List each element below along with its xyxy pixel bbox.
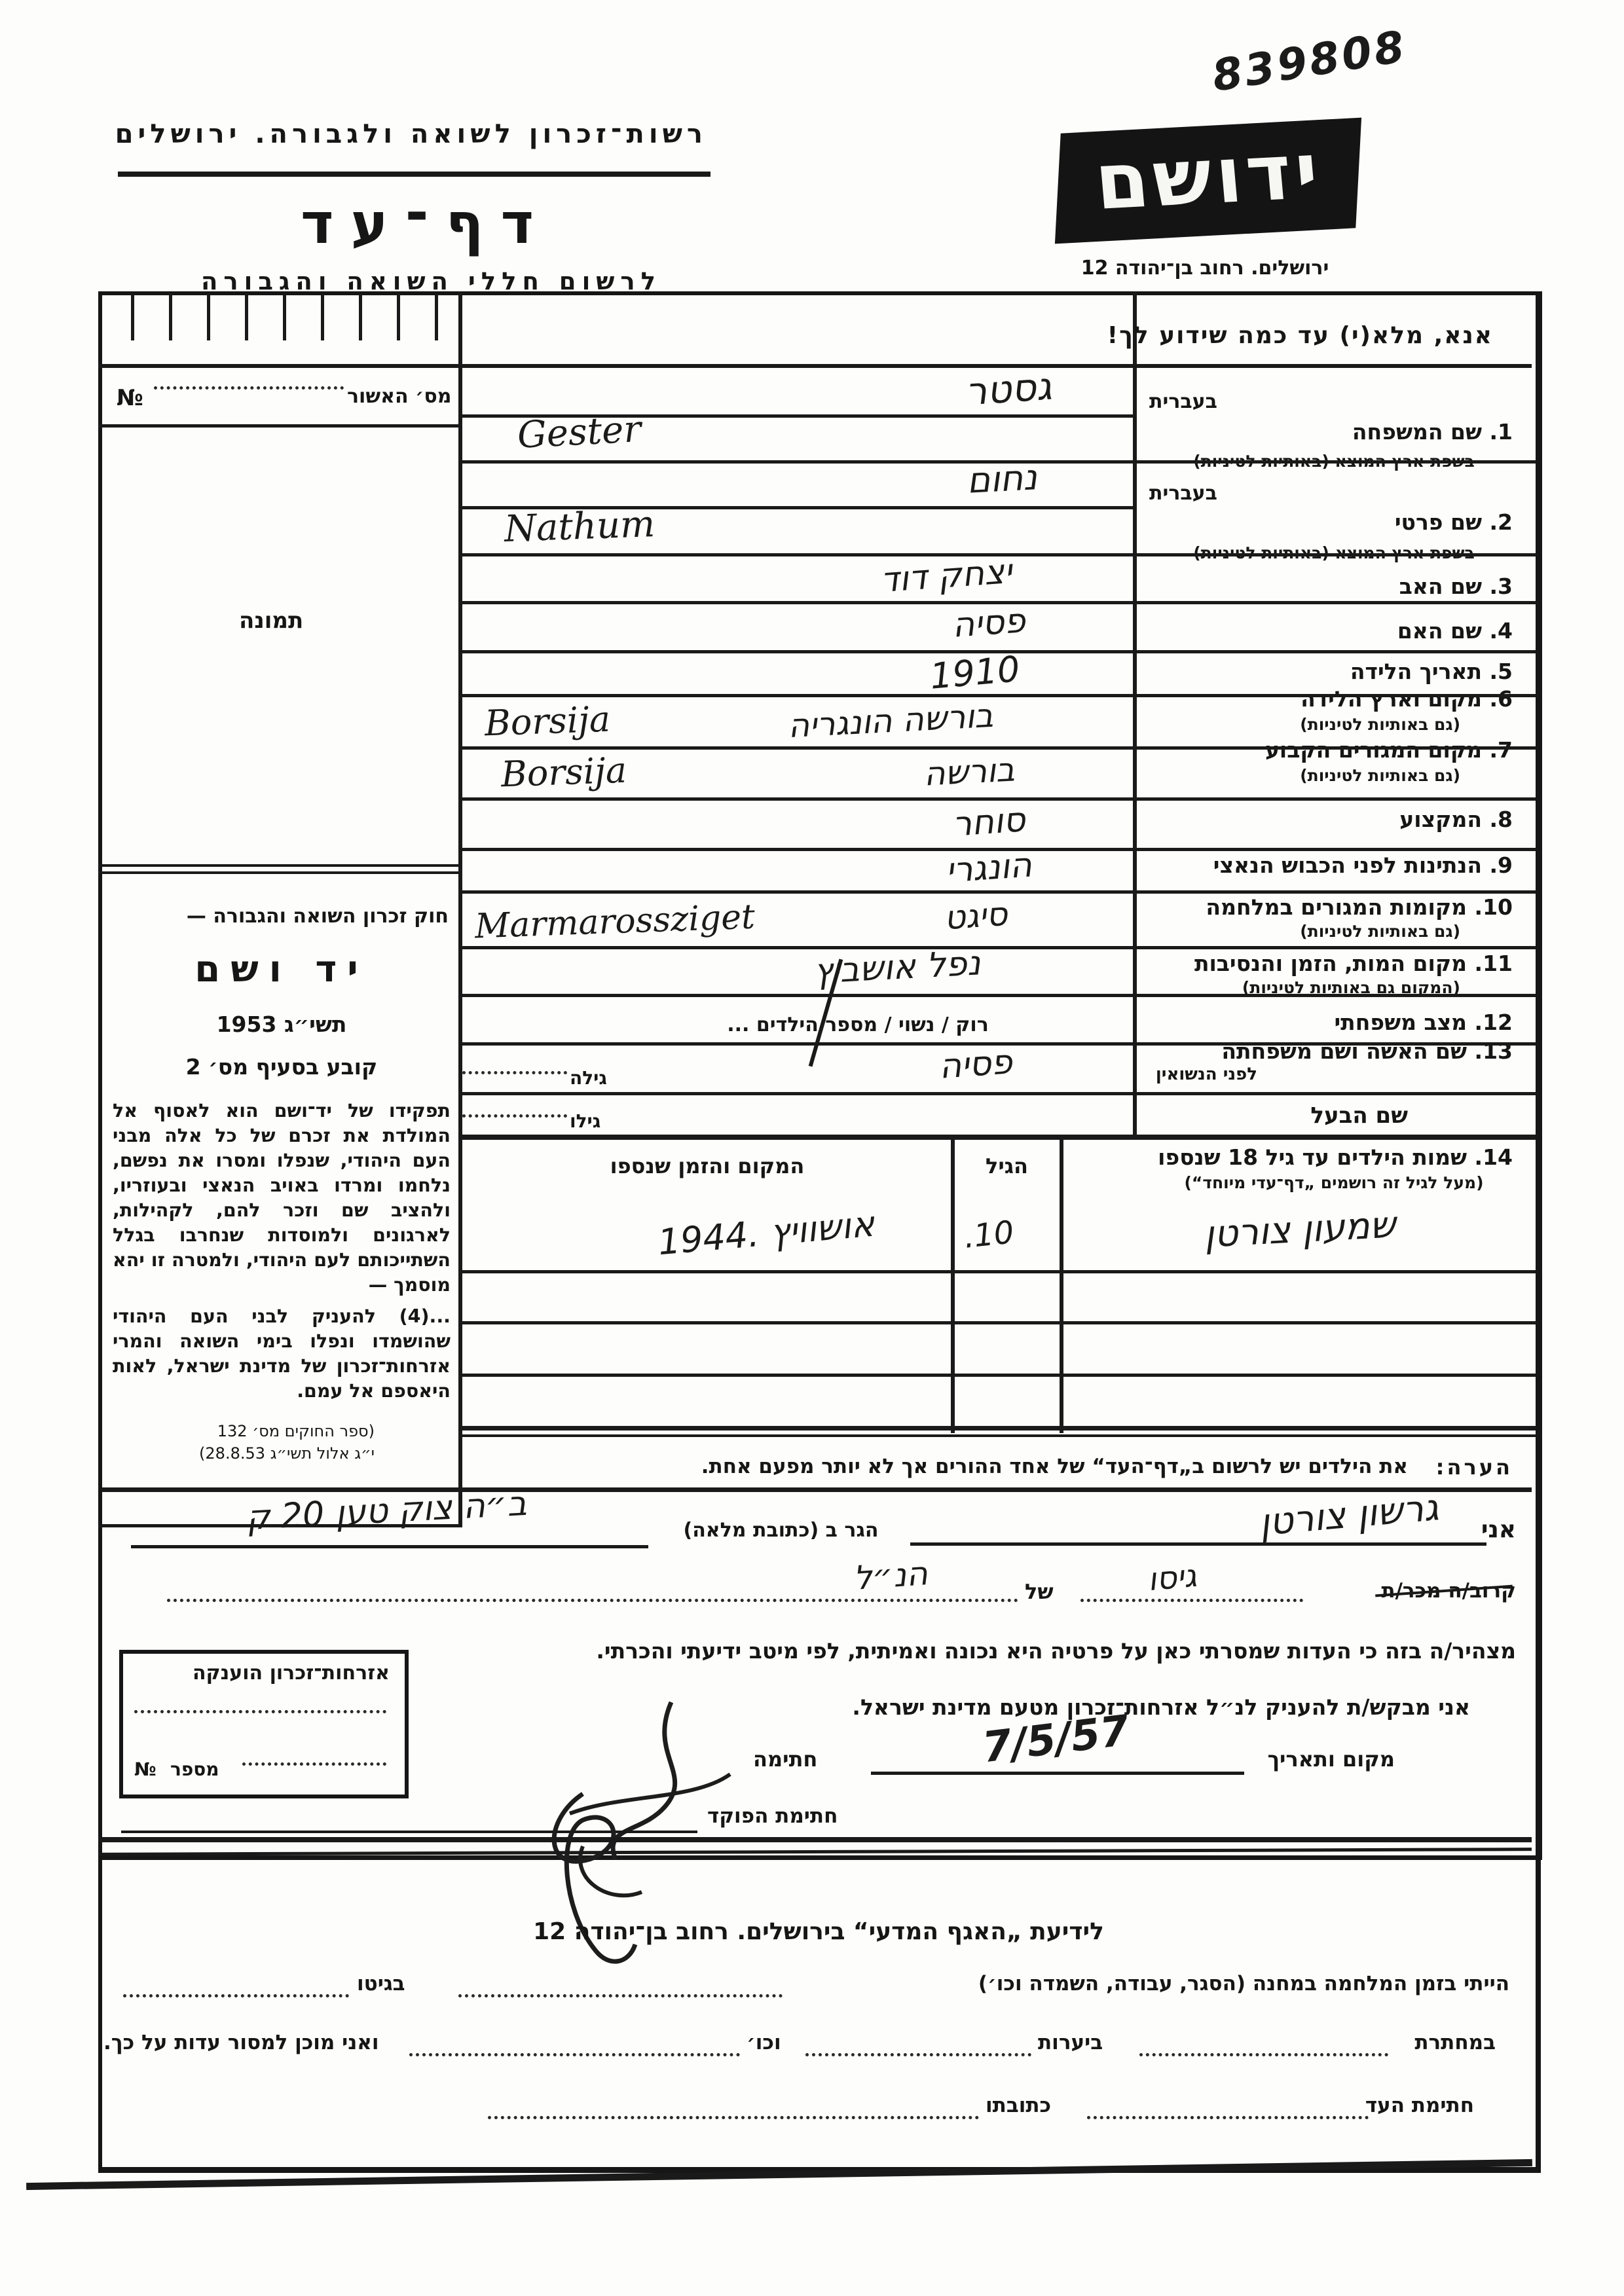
org-title-underline [118,172,710,177]
decl-line [131,1545,648,1548]
children-sub: (מעל לגיל זה רושמים „דף־עדי מיוחד“) [1141,1173,1527,1192]
field-2-label: 2. שם פרטי [1395,509,1513,535]
bottom-line2-etc: וכו׳ [747,2031,781,2054]
granted-line [134,1710,386,1713]
table-row-line [458,1374,1536,1377]
law-intro: חוק זכרון השואה והגבורה — [115,905,449,928]
residence-latin-hw: Borsija [500,750,627,795]
table-divider [1060,1140,1063,1433]
table-row-line [458,1270,1536,1273]
law-body-2: ‏...(4) להעניק לבני העם היהודי שהושמדו ו… [113,1304,451,1404]
marital-options: רוק / נשוי / מספר הילדים ... [648,1013,1067,1036]
digit-tick [207,293,210,340]
blank-line [805,2053,1031,2056]
scanned-testimony-page: 839808 רשות־זכרון לשואה ולגבורה. ירושלים… [0,0,1624,2296]
digit-tick [131,293,134,340]
law-name: יד ושם [115,948,449,991]
rule [458,1092,1536,1095]
granted-number-line [242,1762,386,1766]
signature-label: חתימה [753,1747,817,1772]
declaration-resides-label: הגר ב (כתובת מלאה) [655,1519,907,1542]
approval-number-label: מס׳ האשור [347,385,451,408]
blank-line [123,1994,349,1997]
bottom-section-frame [98,1859,1541,2173]
bottom-line1-ghetto: בגיטו [357,1972,405,1995]
digit-tick [169,293,172,340]
field-2-pre: בעברית [1149,482,1217,505]
family-name-latin-hw: Gester [516,408,642,457]
table-bottom-line [458,1434,1536,1437]
digit-tick [397,293,400,340]
husband-name-label: שם הבעל [1310,1102,1408,1129]
rule [98,871,462,874]
place-date-label: מקום ותאריך [1268,1747,1395,1772]
table-row-line [458,1321,1536,1324]
rule-bold [101,1487,1532,1492]
rule [458,994,1536,997]
form-title: דף־עד [282,191,570,257]
first-name-latin-hw: Nathum [504,503,655,551]
his-age-label: גילו [570,1110,600,1132]
child-age-hw: .10 [962,1214,1016,1256]
blank-line [409,2053,740,2056]
field-3-label: 3. שם האב [1399,574,1513,599]
birth-year-hw: 1910 [929,648,1022,697]
yad-vashem-logo-text: ידושם [1054,123,1363,229]
decl-dotted-line [1080,1599,1303,1602]
field-7-sub: (גם באותיות לטיניות) [1300,766,1460,785]
her-age-line [462,1071,567,1074]
digit-tick [283,293,286,340]
digit-tick [435,293,438,340]
org-title: רשות־זכרון לשואה ולגבורה. ירושלים [118,119,707,149]
rule [98,364,1532,368]
law-source-line2: י״ג אלול תשי״ג 28.8.53) [113,1444,375,1463]
digit-tick [359,293,362,340]
children-note: את הילדים יש לרשום ב„דף־העד“ של אחד ההור… [701,1455,1408,1478]
rule-bold [458,1135,1536,1140]
rule [458,890,1536,894]
children-label: 14. שמות הילדים עד גיל 18 שנספו [1158,1144,1513,1170]
approval-number-sign: № [117,385,143,411]
field-8-label: 8. המקצוע [1399,807,1513,832]
field-7-label: 7. מקום המגורים הקבוע [1265,737,1513,763]
bottom-line2-ready-to-testify: ואני מוכן למסור עדות על כך. [103,2031,405,2054]
children-col-place: המקום והזמן שנספו [498,1154,917,1178]
photo-placeholder-label: תמונה [239,608,303,634]
bottom-line3-witness-signature: חתימת העד [1365,2094,1474,2117]
field-4-label: 4. שם האם [1397,618,1513,644]
file-number-handwritten: 839808 [1209,21,1411,101]
field-1-label: 1. שם המשפחה [1352,419,1513,445]
law-source-line1: (ספר החוקים מס׳ 132 [113,1422,375,1440]
blank-line [1087,2116,1369,2119]
logo-address: ירושלים. רחוב בן־יהודה 12 [1008,257,1401,280]
declaration-of-label: של [1025,1579,1054,1604]
field-9-label: 9. הנתינות לפני הכבוש הנאצי [1213,852,1513,878]
approval-number-line [154,386,344,390]
table-divider [951,1140,955,1433]
digit-tick [321,293,324,340]
granted-title: אזרחות־זכרון הוענקה [131,1662,390,1685]
children-note-label: הערה: [1436,1455,1513,1480]
field-12-label: 12. מצב משפחתי [1334,1010,1513,1035]
field-1-pre: בעברית [1149,390,1217,413]
granted-number-label: מספר [170,1758,219,1780]
rule [98,864,462,867]
decl-dotted-line [167,1599,1018,1602]
field-6-label: 6. מקום וארץ הלידה [1301,686,1513,712]
field-6-sub: (גם באותיות לטיניות) [1300,715,1460,734]
field-11-label: 11. מקום המות, הזמן והנסיבות [1194,951,1513,976]
children-col-age: הגיל [956,1154,1058,1178]
divider-left-column [458,291,462,1525]
digit-tick [245,293,248,340]
bottom-line2-forests: ביערות [1038,2031,1103,2054]
place-date-line [871,1772,1244,1775]
blank-line [1139,2053,1388,2056]
his-age-line [462,1114,567,1118]
blank-line [488,2116,979,2119]
rule [458,797,1536,801]
bottom-line2-underground: במחתרת [1414,2031,1496,2054]
rule [98,424,462,428]
bottom-line3-address: כתובתו [986,2094,1051,2117]
blank-line [458,1994,783,1997]
law-section: קובע בסעיף מס׳ 2 [115,1054,449,1080]
decl-line [910,1542,1486,1546]
field-10-sub: (גם באותיות לטיניות) [1300,922,1460,941]
declaration-statement: מצהיר/ה בזה כי העדות שמסרתי כאן על פרטיה… [596,1638,1516,1664]
law-body: תפקידו של יד־ושם הוא לאסוף אל המולדת את … [113,1099,451,1298]
main-frame-bottom [98,1837,1532,1842]
birth-place-latin-hw: Borsija [484,699,611,744]
divider-label-column [1133,291,1137,1137]
bottom-notice: לידיעת „האגף המדעי“ בירושלים. רחוב בן־יה… [386,1918,1251,1945]
field-13-sub: לפני הנשואין [1156,1065,1257,1084]
fill-request: אנא, מלא(י) עד כמה שידוע לך! [1107,322,1493,349]
law-year: תשי״ג 1953 [115,1011,449,1037]
granted-number-sign: № [134,1758,157,1780]
field-10-label: 10. מקומות המגורים במלחמה [1206,894,1513,920]
field-5-label: 5. תאריך הלידה [1350,659,1513,684]
yad-vashem-logo: ידושם [1055,118,1361,244]
registrar-signature-label: חתימת הפוקד [707,1804,838,1828]
bottom-line1-camp: הייתי בזמן המלחמה במחנה (הסגר, עבודה, הש… [978,1972,1509,1995]
declaration-request: אני מבקש/ת להעניק לנ״ל אזרחות־זכרון מטעם… [852,1694,1470,1720]
table-bottom-line [458,1426,1536,1430]
her-age-label: גילה [570,1067,607,1089]
